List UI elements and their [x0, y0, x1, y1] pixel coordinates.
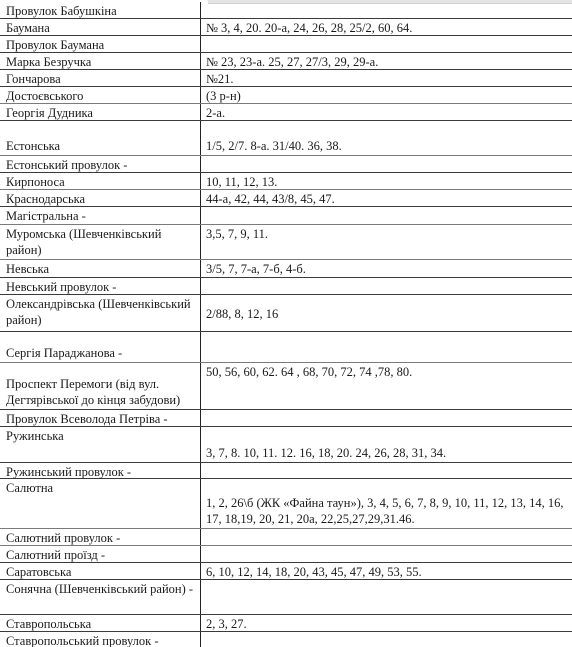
table-row: Ставропольська 2, 3, 27.	[0, 615, 572, 632]
houses-cell	[201, 546, 572, 562]
table-row: Георгія Дудника 2-а.	[0, 104, 572, 121]
table-row: Ставропольський провулок -	[0, 632, 572, 647]
street-cell: Проспект Перемоги (від вул. Дегтярівсько…	[0, 363, 201, 409]
houses-cell: 3, 7, 8. 10, 11. 12. 16, 18, 20. 24, 26,…	[201, 427, 572, 462]
table-row: Магістральна -	[0, 207, 572, 225]
street-text: Естонська	[6, 138, 200, 154]
houses-cell: 10, 11, 12, 13.	[201, 173, 572, 189]
street-cell: Марка Безручка	[0, 53, 201, 69]
table-row: Муромська (Шевченківський район) 3,5, 7,…	[0, 225, 572, 260]
street-cell: Провулок Всеволода Петріва -	[0, 410, 201, 426]
houses-cell	[201, 207, 572, 224]
houses-cell	[201, 529, 572, 545]
street-text: Сергія Параджанова -	[6, 345, 200, 361]
houses-cell: №21.	[201, 70, 572, 86]
street-cell: Магістральна -	[0, 207, 201, 224]
houses-cell	[201, 410, 572, 426]
table-row: Ружинська 3, 7, 8. 10, 11. 12. 16, 18, 2…	[0, 427, 572, 463]
street-cell: Провулок Баумана	[0, 36, 201, 52]
houses-cell: 2/88, 8, 12, 16	[201, 295, 572, 331]
street-cell: Достоєвського	[0, 87, 201, 103]
street-cell: Ставропольський провулок -	[0, 632, 201, 647]
street-cell: Саратовська	[0, 563, 201, 579]
table-row: Салютний провулок -	[0, 529, 572, 546]
street-cell: Сергія Параджанова -	[0, 332, 201, 362]
street-cell: Георгія Дудника	[0, 104, 201, 120]
houses-cell	[201, 278, 572, 294]
table-row: Провулок Всеволода Петріва -	[0, 410, 572, 427]
street-cell: Невська	[0, 260, 201, 277]
table-row: Салютна 1, 2, 26\б (ЖК «Файна таун»), 3,…	[0, 479, 572, 529]
houses-cell: № 23, 23-а. 25, 27, 27/3, 29, 29-а.	[201, 53, 572, 69]
street-cell: Муромська (Шевченківський район)	[0, 225, 201, 259]
houses-text: 1/5, 2/7. 8-а. 31/40. 36, 38.	[206, 138, 572, 154]
houses-cell	[201, 36, 572, 52]
houses-cell	[201, 463, 572, 478]
street-cell: Сонячна (Шевченківський район) -	[0, 580, 201, 614]
street-cell: Ружинський провулок -	[0, 463, 201, 478]
houses-cell: 2, 3, 27.	[201, 615, 572, 631]
table-row: Невська 3/5, 7, 7-а, 7-б, 4-б.	[0, 260, 572, 278]
houses-cell	[201, 580, 572, 614]
houses-cell	[201, 2, 572, 18]
table-row: Марка Безручка № 23, 23-а. 25, 27, 27/3,…	[0, 53, 572, 70]
table-row: Естонська 1/5, 2/7. 8-а. 31/40. 36, 38.	[0, 121, 572, 156]
houses-cell: 50, 56, 60, 62. 64 , 68, 70, 72, 74 ,78,…	[201, 363, 572, 409]
houses-cell: 1, 2, 26\б (ЖК «Файна таун»), 3, 4, 5, 6…	[201, 479, 572, 528]
street-cell: Естонський провулок -	[0, 156, 201, 172]
street-cell: Салютна	[0, 479, 201, 528]
table-row: Невський провулок -	[0, 278, 572, 295]
houses-cell: 1/5, 2/7. 8-а. 31/40. 36, 38.	[201, 121, 572, 155]
table-row: Олександрівська (Шевченківський район) 2…	[0, 295, 572, 332]
table-row: Кирпоноса 10, 11, 12, 13.	[0, 173, 572, 190]
table-row: Провулок Бабушкіна	[0, 2, 572, 19]
houses-cell: 2-а.	[201, 104, 572, 120]
houses-cell: (3 р-н)	[201, 87, 572, 103]
street-cell: Баумана	[0, 19, 201, 35]
houses-cell: 3,5, 7, 9, 11.	[201, 225, 572, 259]
houses-text: 3, 7, 8. 10, 11. 12. 16, 18, 20. 24, 26,…	[206, 445, 572, 461]
houses-cell	[201, 332, 572, 362]
street-cell: Краснодарська	[0, 190, 201, 206]
table-row: Баумана № 3, 4, 20. 20-а, 24, 26, 28, 25…	[0, 19, 572, 36]
street-cell: Провулок Бабушкіна	[0, 2, 201, 18]
houses-cell: 3/5, 7, 7-а, 7-б, 4-б.	[201, 260, 572, 277]
street-cell: Кирпоноса	[0, 173, 201, 189]
table-row: Провулок Баумана	[0, 36, 572, 53]
houses-cell: № 3, 4, 20. 20-а, 24, 26, 28, 25/2, 60, …	[201, 19, 572, 35]
table-row: Ружинський провулок -	[0, 463, 572, 479]
street-cell: Невський провулок -	[0, 278, 201, 294]
houses-cell: 44-а, 42, 44, 43/8, 45, 47.	[201, 190, 572, 206]
table-row: Краснодарська 44-а, 42, 44, 43/8, 45, 47…	[0, 190, 572, 207]
table-row: Достоєвського (3 р-н)	[0, 87, 572, 104]
houses-text: 2/88, 8, 12, 16	[206, 306, 572, 322]
houses-text: 1, 2, 26\б (ЖК «Файна таун»), 3, 4, 5, 6…	[206, 495, 572, 527]
table-row: Саратовська 6, 10, 12, 14, 18, 20, 43, 4…	[0, 563, 572, 580]
street-cell: Салютний провулок -	[0, 529, 201, 545]
houses-cell	[201, 632, 572, 647]
street-cell: Гончарова	[0, 70, 201, 86]
table-row: Сергія Параджанова -	[0, 332, 572, 363]
street-cell: Ружинська	[0, 427, 201, 462]
table-row: Сонячна (Шевченківський район) -	[0, 580, 572, 615]
street-cell: Естонська	[0, 121, 201, 155]
table-row: Салютний проїзд -	[0, 546, 572, 563]
street-text: Проспект Перемоги (від вул. Дегтярівсько…	[6, 376, 200, 408]
street-cell: Салютний проїзд -	[0, 546, 201, 562]
street-cell: Ставропольська	[0, 615, 201, 631]
houses-cell: 6, 10, 12, 14, 18, 20, 43, 45, 47, 49, 5…	[201, 563, 572, 579]
street-cell: Олександрівська (Шевченківський район)	[0, 295, 201, 331]
streets-table: Провулок Бабушкіна Баумана № 3, 4, 20. 2…	[0, 2, 572, 647]
table-row: Гончарова №21.	[0, 70, 572, 87]
table-row: Естонський провулок -	[0, 156, 572, 173]
table-row: Проспект Перемоги (від вул. Дегтярівсько…	[0, 363, 572, 410]
houses-cell	[201, 156, 572, 172]
